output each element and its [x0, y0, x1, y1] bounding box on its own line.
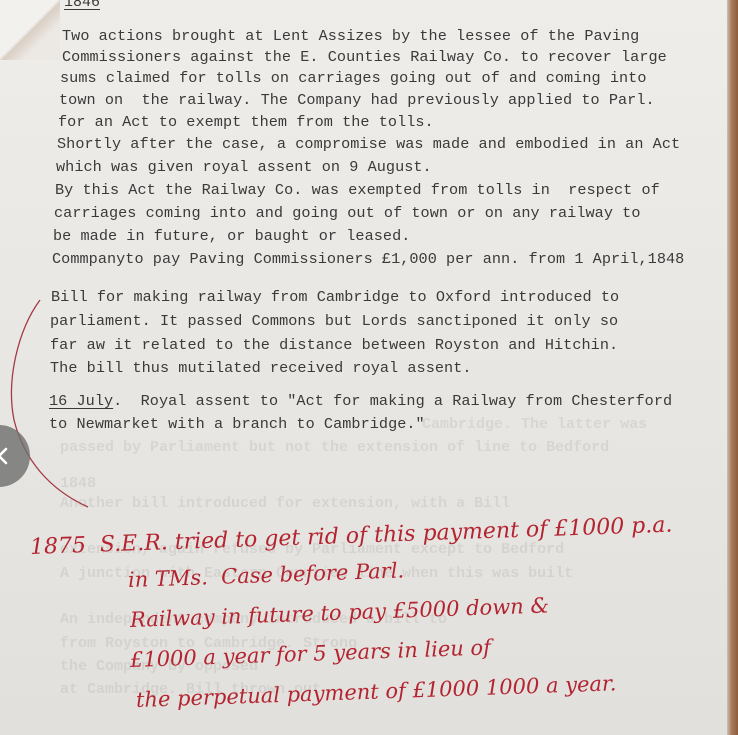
typed-line: 16 July. Royal assent to "Act for making… [49, 390, 672, 413]
chevron-left-icon [0, 447, 9, 465]
typed-line: Shortly after the case, a compromise was… [57, 133, 680, 156]
wooden-table-edge [727, 0, 738, 735]
typed-line: town on the railway. The Company had pre… [59, 89, 655, 112]
typed-line: parliament. It passed Commons but Lords … [50, 310, 618, 333]
typed-line: carriages coming into and going out of t… [54, 202, 641, 225]
typed-line: Commpanyto pay Paving Commissioners £1,0… [52, 248, 684, 271]
typed-line: Two actions brought at Lent Assizes by t… [62, 25, 639, 48]
typed-line: far aw it related to the distance betwee… [50, 334, 618, 357]
typed-line: sums claimed for tolls on carriages goin… [60, 67, 647, 90]
typed-line: Bill for making railway from Cambridge t… [51, 286, 619, 309]
document-page: Cambridge. The latter was passed by Parl… [0, 0, 727, 735]
bleed-through-line: passed by Parliament but not the extensi… [60, 436, 609, 459]
typed-line: Commissioners against the E. Counties Ra… [62, 46, 667, 69]
typed-line: By this Act the Railway Co. was exempted… [55, 179, 660, 202]
bleed-through-line: Another bill introduced for extension, w… [60, 492, 510, 515]
